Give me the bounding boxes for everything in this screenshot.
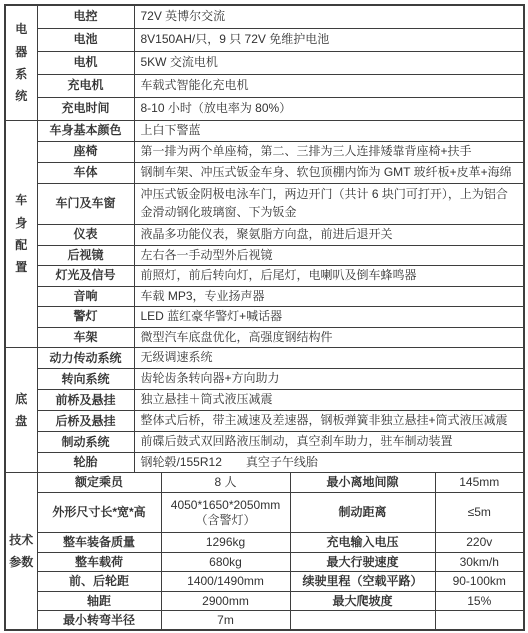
spec-name-cell: 电机 [37,51,134,74]
spec-row: 后桥及悬挂 整体式后桥，带主减速及差速器，钢板弹簧非独立悬挂+筒式液压减震 [5,411,524,432]
spec-row: 后视镜 左右各一手动型外后视镜 [5,245,524,265]
spec-name-cell: 充电时间 [37,97,134,120]
param-name-cell: 最大行驶速度 [290,553,435,572]
spec-name-cell: 前桥及悬挂 [37,390,134,411]
spec-row: 音响 车载 MP3，专业扬声器 [5,286,524,306]
param-name-cell: 整车装备质量 [37,533,161,553]
spec-table: 电 器 系 统 电控 72V 英博尔交流 电池 8V150AH/只，9 只 72… [4,4,525,631]
spec-value-cell: 液晶多功能仪表，聚氨脂方向盘，前进后退开关 [134,224,524,245]
spec-value-cell: 钢制车架、冲压式钣金车身、软包顶棚内饰为 GMT 玻纤板+皮革+海绵 [134,162,524,183]
section-label-body-configuration: 车 身 配 置 [5,120,37,348]
param-name-cell: 制动距离 [290,493,435,533]
param-value-cell: 4050*1650*2050mm （含警灯） [161,493,290,533]
spec-value-cell: 钢轮毂/155R12 真空子午线胎 [134,453,524,473]
spec-row: 警灯 LED 蓝红豪华警灯+喊话器 [5,307,524,327]
spec-value-cell: 整体式后桥，带主减速及差速器，钢板弹簧非独立悬挂+筒式液压减震 [134,411,524,432]
param-value-cell: 1296kg [161,533,290,553]
spec-value-cell: 8-10 小时（放电率为 80%） [134,97,524,120]
param-name-cell: 充电输入电压 [290,533,435,553]
spec-name-cell: 灯光及信号 [37,265,134,286]
spec-row: 电机 5KW 交流电机 [5,51,524,74]
param-value-cell: ≤5m [435,493,524,533]
param-name-cell: 最小离地间隙 [290,473,435,493]
spec-row: 整车载荷 680kg 最大行驶速度 30km/h [5,553,524,572]
spec-row: 充电时间 8-10 小时（放电率为 80%） [5,97,524,120]
param-value-cell: 2900mm [161,592,290,611]
spec-row: 轮胎 钢轮毂/155R12 真空子午线胎 [5,453,524,473]
spec-name-cell: 车体 [37,162,134,183]
spec-row: 前桥及悬挂 独立悬挂＋筒式液压减震 [5,390,524,411]
section-label-electrical-system: 电 器 系 统 [5,5,37,120]
spec-row: 车门及车窗 冲压式钣金阴极电泳车门，两边开门（共计 6 块门可打开），上为铝合金… [5,183,524,224]
param-value-cell: 15% [435,592,524,611]
param-value-cell: 145mm [435,473,524,493]
spec-value-cell: 左右各一手动型外后视镜 [134,245,524,265]
spec-value-cell: 前照灯，前后转向灯，后尾灯，电喇叭及倒车蜂鸣器 [134,265,524,286]
spec-row: 前、后轮距 1400/1490mm 续驶里程（空载平路） 90-100km [5,572,524,592]
spec-row: 车体 钢制车架、冲压式钣金车身、软包顶棚内饰为 GMT 玻纤板+皮革+海绵 [5,162,524,183]
spec-value-cell: 冲压式钣金阴极电泳车门，两边开门（共计 6 块门可打开），上为铝合金滑动钢化玻璃… [134,183,524,224]
spec-row: 车架 微型汽车底盘优化，高强度钢结构件 [5,327,524,347]
spec-value-cell: 车载式智能化充电机 [134,74,524,97]
param-value-cell: 7m [161,611,290,630]
section-label-technical-parameters: 技术 参数 [5,473,37,630]
spec-name-cell: 后桥及悬挂 [37,411,134,432]
spec-row: 轴距 2900mm 最大爬坡度 15% [5,592,524,611]
spec-row: 转向系统 齿轮齿条转向器+方向助力 [5,369,524,390]
spec-value-cell: 5KW 交流电机 [134,51,524,74]
param-name-cell: 前、后轮距 [37,572,161,592]
param-name-cell: 额定乘员 [37,473,161,493]
param-value-cell: 30km/h [435,553,524,572]
spec-row: 仪表 液晶多功能仪表，聚氨脂方向盘，前进后退开关 [5,224,524,245]
spec-name-cell: 座椅 [37,141,134,162]
spec-row: 底 盘 动力传动系统 无级调速系统 [5,348,524,369]
spec-row: 灯光及信号 前照灯，前后转向灯，后尾灯，电喇叭及倒车蜂鸣器 [5,265,524,286]
spec-name-cell: 车架 [37,327,134,347]
spec-name-cell: 电池 [37,28,134,51]
spec-name-cell: 电控 [37,5,134,28]
param-name-cell: 续驶里程（空载平路） [290,572,435,592]
param-value-cell-empty [435,611,524,630]
section-label-chassis: 底 盘 [5,348,37,473]
spec-name-cell: 车门及车窗 [37,183,134,224]
spec-value-cell: LED 蓝红豪华警灯+喊话器 [134,307,524,327]
spec-row: 电 器 系 统 电控 72V 英博尔交流 [5,5,524,28]
spec-name-cell: 转向系统 [37,369,134,390]
spec-value-cell: 独立悬挂＋筒式液压减震 [134,390,524,411]
spec-name-cell: 充电机 [37,74,134,97]
spec-name-cell: 车身基本颜色 [37,120,134,141]
spec-row: 充电机 车载式智能化充电机 [5,74,524,97]
param-value-cell: 1400/1490mm [161,572,290,592]
spec-row: 车 身 配 置 车身基本颜色 上白下警蓝 [5,120,524,141]
spec-value-cell: 72V 英博尔交流 [134,5,524,28]
param-value-cell: 8 人 [161,473,290,493]
spec-row: 最小转弯半径 7m [5,611,524,630]
spec-name-cell: 警灯 [37,307,134,327]
spec-value-cell: 车载 MP3，专业扬声器 [134,286,524,306]
spec-value-cell: 无级调速系统 [134,348,524,369]
spec-value-cell: 前碟后鼓式双回路液压制动，真空刹车助力，驻车制动装置 [134,432,524,453]
spec-row: 座椅 第一排为两个单座椅，第二、三排为三人连排矮靠背座椅+扶手 [5,141,524,162]
spec-row: 整车装备质量 1296kg 充电输入电压 220v [5,533,524,553]
param-name-cell: 整车载荷 [37,553,161,572]
param-name-cell: 轴距 [37,592,161,611]
param-value-cell: 220v [435,533,524,553]
spec-sheet-page: { "page": { "background_color": "#ffffff… [0,4,528,633]
spec-name-cell: 后视镜 [37,245,134,265]
param-name-cell: 最大爬坡度 [290,592,435,611]
spec-name-cell: 音响 [37,286,134,306]
spec-name-cell: 轮胎 [37,453,134,473]
spec-value-cell: 微型汽车底盘优化，高强度钢结构件 [134,327,524,347]
spec-value-cell: 齿轮齿条转向器+方向助力 [134,369,524,390]
spec-value-cell: 上白下警蓝 [134,120,524,141]
spec-row: 外形尺寸长*宽*高 4050*1650*2050mm （含警灯） 制动距离 ≤5… [5,493,524,533]
spec-name-cell: 动力传动系统 [37,348,134,369]
spec-value-cell: 第一排为两个单座椅，第二、三排为三人连排矮靠背座椅+扶手 [134,141,524,162]
spec-name-cell: 制动系统 [37,432,134,453]
param-value-cell: 680kg [161,553,290,572]
spec-row: 制动系统 前碟后鼓式双回路液压制动，真空刹车助力，驻车制动装置 [5,432,524,453]
param-value-cell: 90-100km [435,572,524,592]
param-name-cell: 最小转弯半径 [37,611,161,630]
param-name-cell: 外形尺寸长*宽*高 [37,493,161,533]
spec-name-cell: 仪表 [37,224,134,245]
param-name-cell-empty [290,611,435,630]
spec-row: 技术 参数 额定乘员 8 人 最小离地间隙 145mm [5,473,524,493]
spec-row: 电池 8V150AH/只，9 只 72V 免维护电池 [5,28,524,51]
spec-value-cell: 8V150AH/只，9 只 72V 免维护电池 [134,28,524,51]
